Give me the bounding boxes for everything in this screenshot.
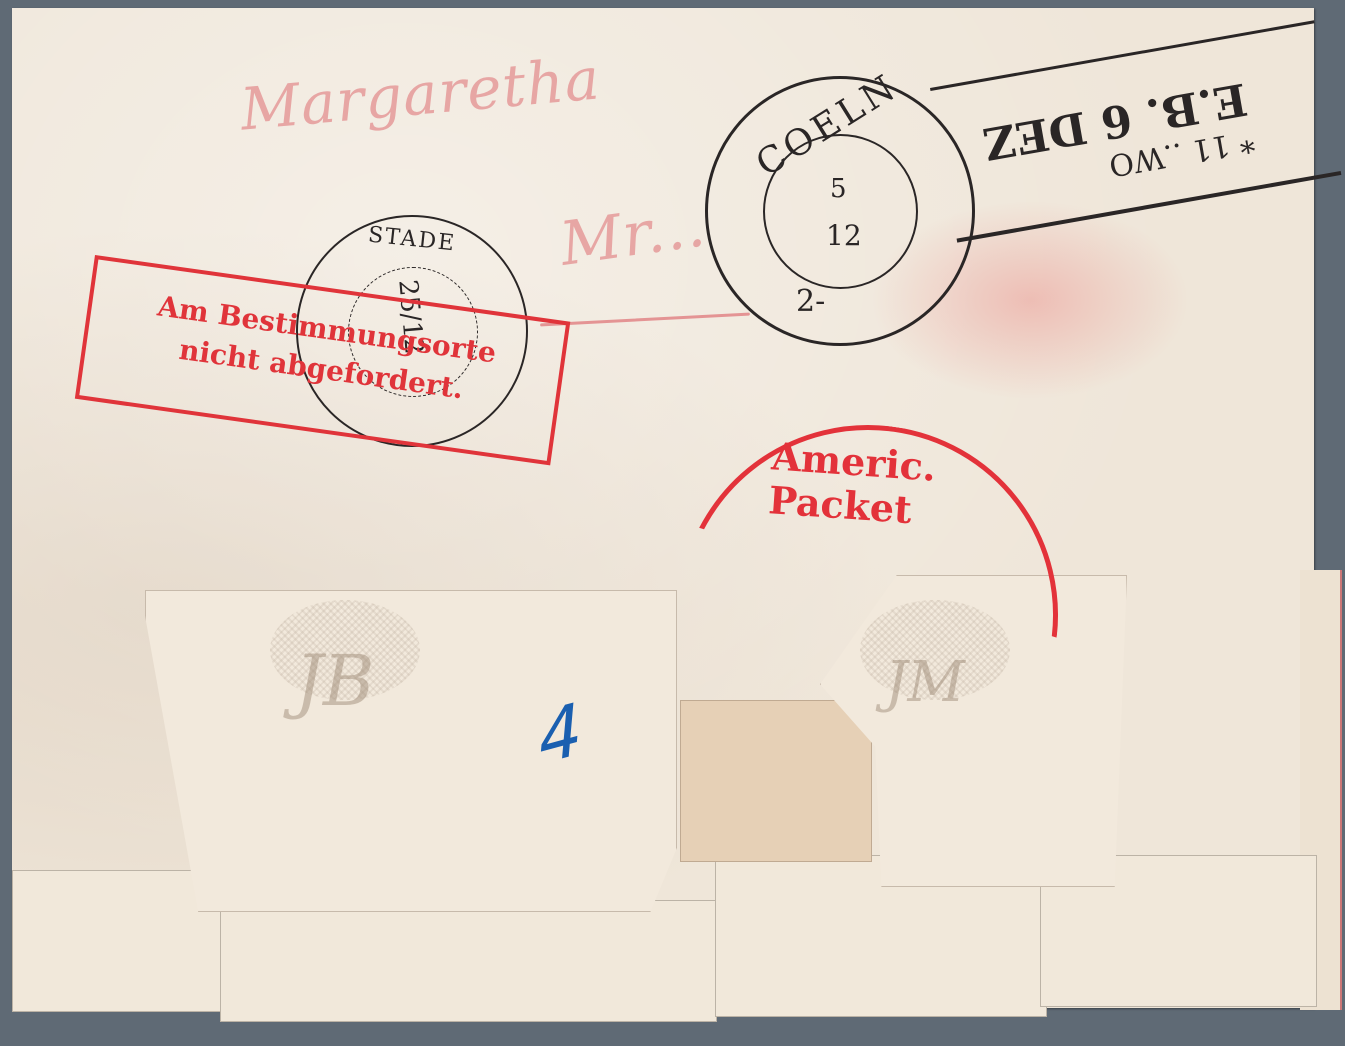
exposed-inner-paper <box>680 700 872 862</box>
seal-monogram-right: JM <box>885 650 965 715</box>
postmark-day: 12 <box>826 219 862 252</box>
seal-monogram-left: JB <box>295 640 375 722</box>
bottom-fold-panel <box>220 900 717 1022</box>
coeln-postmark: COELN 5 12 2- <box>705 76 975 346</box>
americ-packet-text: Americ. Packet <box>767 434 937 533</box>
postmark-top: 5 <box>830 174 847 204</box>
bottom-fold-panel <box>12 870 224 1012</box>
postmark-town: STADE <box>367 222 457 256</box>
blue-crayon-mark: 4 <box>535 685 586 783</box>
postmark-time: 2- <box>796 284 825 319</box>
